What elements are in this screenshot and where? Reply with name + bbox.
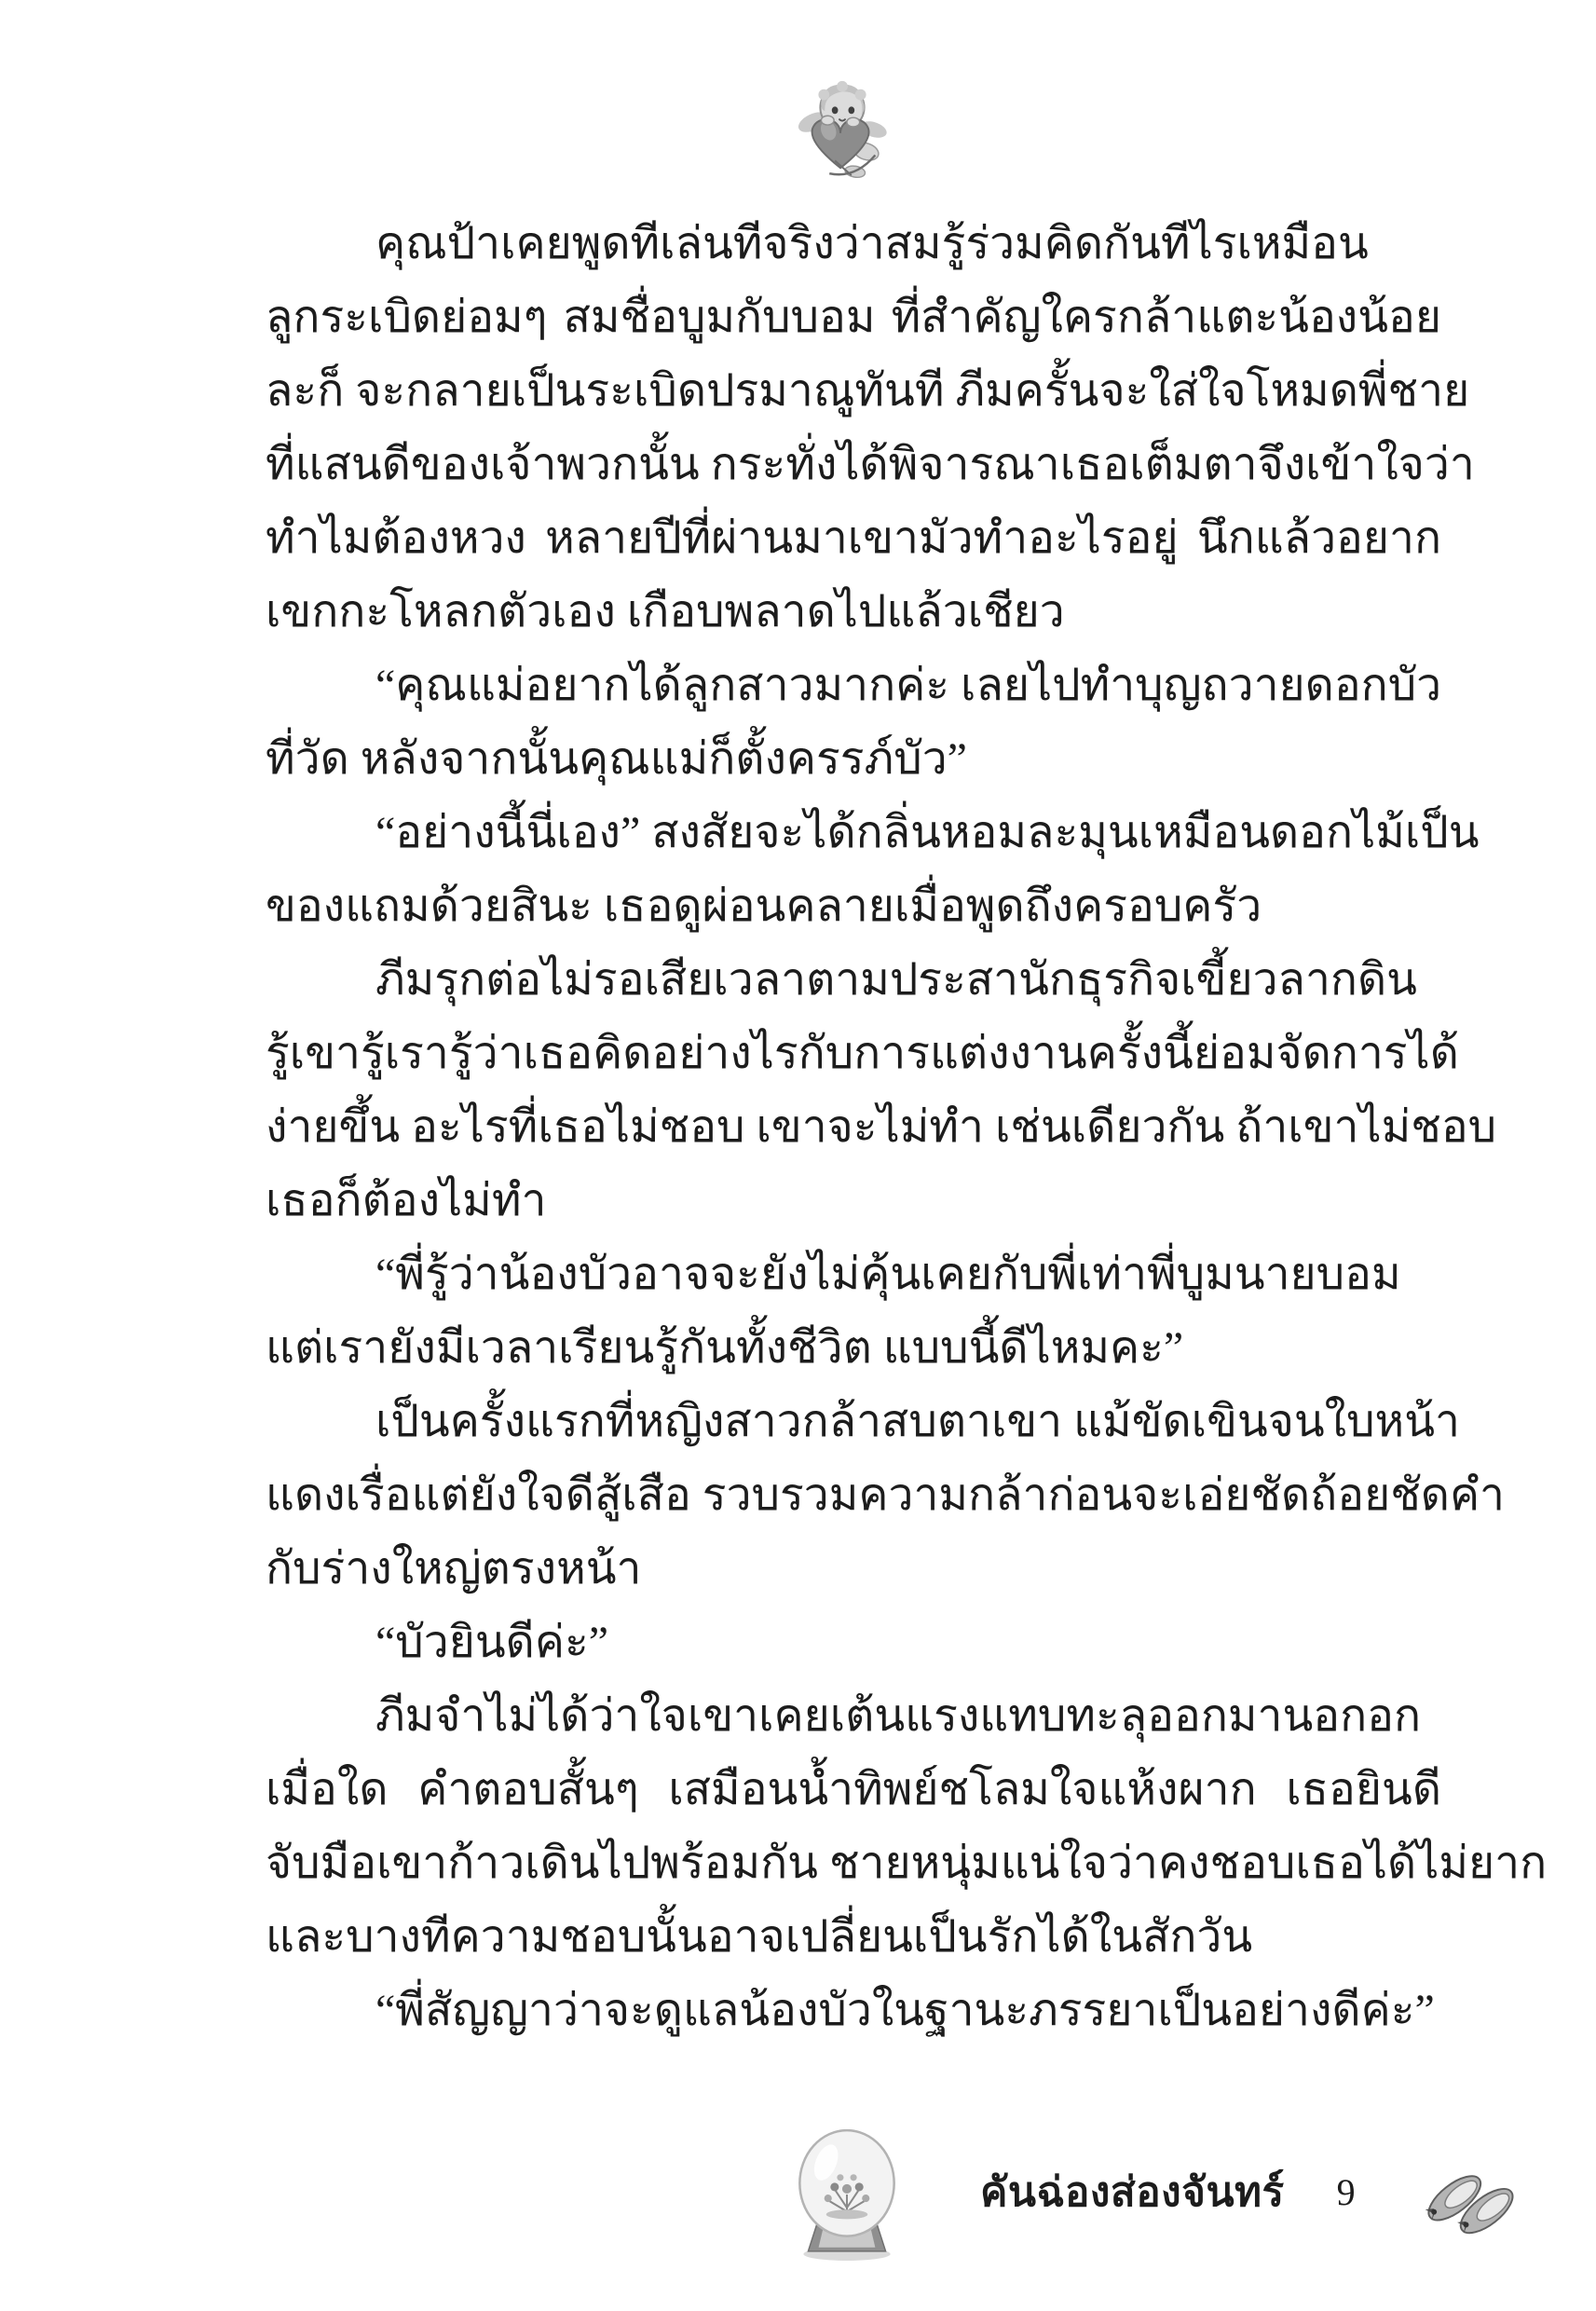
shoes-icon bbox=[1413, 2141, 1523, 2242]
text-line: ที่วัด หลังจากนั้นคุณแม่ก็ตั้งครรภ์บัว” bbox=[266, 722, 1441, 796]
text-line: เมื่อใด คำตอบสั้นๆ เสมือนน้ำทิพย์ชโลมใจแ… bbox=[266, 1753, 1441, 1826]
page-footer: คันฉ่องส่องจันทร์ 9 bbox=[781, 2117, 1523, 2266]
book-title: คันฉ่องส่องจันทร์ bbox=[952, 2159, 1285, 2224]
text-line: “พี่สัญญาว่าจะดูแลน้องบัวในฐานะภรรยาเป็น… bbox=[266, 1974, 1441, 2047]
text-line: และบางทีความชอบนั้นอาจเปลี่ยนเป็นรักได้ใ… bbox=[266, 1900, 1441, 1974]
text-line: เธอก็ต้องไม่ทำ bbox=[266, 1164, 1441, 1238]
text-line: ภีมรุกต่อไม่รอเสียเวลาตามประสานักธุรกิจเ… bbox=[266, 943, 1441, 1017]
book-page: คุณป้าเคยพูดทีเล่นทีจริงว่าสมรู้ร่วมคิดก… bbox=[0, 0, 1596, 2311]
snow-globe-icon bbox=[781, 2121, 913, 2263]
text-line: ละก็ จะกลายเป็นระเบิดปรมาณูทันที ภีมครั้… bbox=[266, 354, 1441, 428]
text-line: เป็นครั้งแรกที่หญิงสาวกล้าสบตาเขา แม้ขัด… bbox=[266, 1385, 1441, 1458]
text-line: เขกกะโหลกตัวเอง เกือบพลาดไปแล้วเชียว bbox=[266, 575, 1441, 649]
text-line: “คุณแม่อยากได้ลูกสาวมากค่ะ เลยไปทำบุญถวา… bbox=[266, 649, 1441, 722]
text-line: ง่ายขึ้น อะไรที่เธอไม่ชอบ เขาจะไม่ทำ เช่… bbox=[266, 1090, 1441, 1164]
text-line: รู้เขารู้เรารู้ว่าเธอคิดอย่างไรกับการแต่… bbox=[266, 1017, 1441, 1090]
text-line: ที่แสนดีของเจ้าพวกนั้น กระทั่งได้พิจารณา… bbox=[266, 428, 1441, 501]
text-block: คุณป้าเคยพูดทีเล่นทีจริงว่าสมรู้ร่วมคิดก… bbox=[266, 207, 1441, 2047]
text-line: “อย่างนี้นี่เอง” สงสัยจะได้กลิ่นหอมละมุน… bbox=[266, 796, 1441, 869]
text-line: ลูกระเบิดย่อมๆ สมชื่อบูมกับบอม ที่สำคัญใ… bbox=[266, 280, 1441, 354]
text-line: “บัวยินดีค่ะ” bbox=[266, 1606, 1441, 1679]
text-line: แต่เรายังมีเวลาเรียนรู้กันทั้งชีวิต แบบน… bbox=[266, 1311, 1441, 1385]
text-line: จับมือเขาก้าวเดินไปพร้อมกัน ชายหนุ่มแน่ใ… bbox=[266, 1826, 1441, 1900]
cupid-heart-icon bbox=[787, 73, 897, 183]
text-line: ทำไมต้องหวง หลายปีที่ผ่านมาเขามัวทำอะไรอ… bbox=[266, 501, 1441, 575]
page-number: 9 bbox=[1324, 2170, 1356, 2214]
text-line: “พี่รู้ว่าน้องบัวอาจจะยังไม่คุ้นเคยกับพี… bbox=[266, 1238, 1441, 1311]
text-line: ของแถมด้วยสินะ เธอดูผ่อนคลายเมื่อพูดถึงค… bbox=[266, 869, 1441, 943]
text-line: กับร่างใหญ่ตรงหน้า bbox=[266, 1532, 1441, 1606]
text-line: แดงเรื่อแต่ยังใจดีสู้เสือ รวบรวมความกล้า… bbox=[266, 1458, 1441, 1532]
text-line: คุณป้าเคยพูดทีเล่นทีจริงว่าสมรู้ร่วมคิดก… bbox=[266, 207, 1441, 280]
text-line: ภีมจำไม่ได้ว่าใจเขาเคยเต้นแรงแทบทะลุออกม… bbox=[266, 1679, 1441, 1753]
